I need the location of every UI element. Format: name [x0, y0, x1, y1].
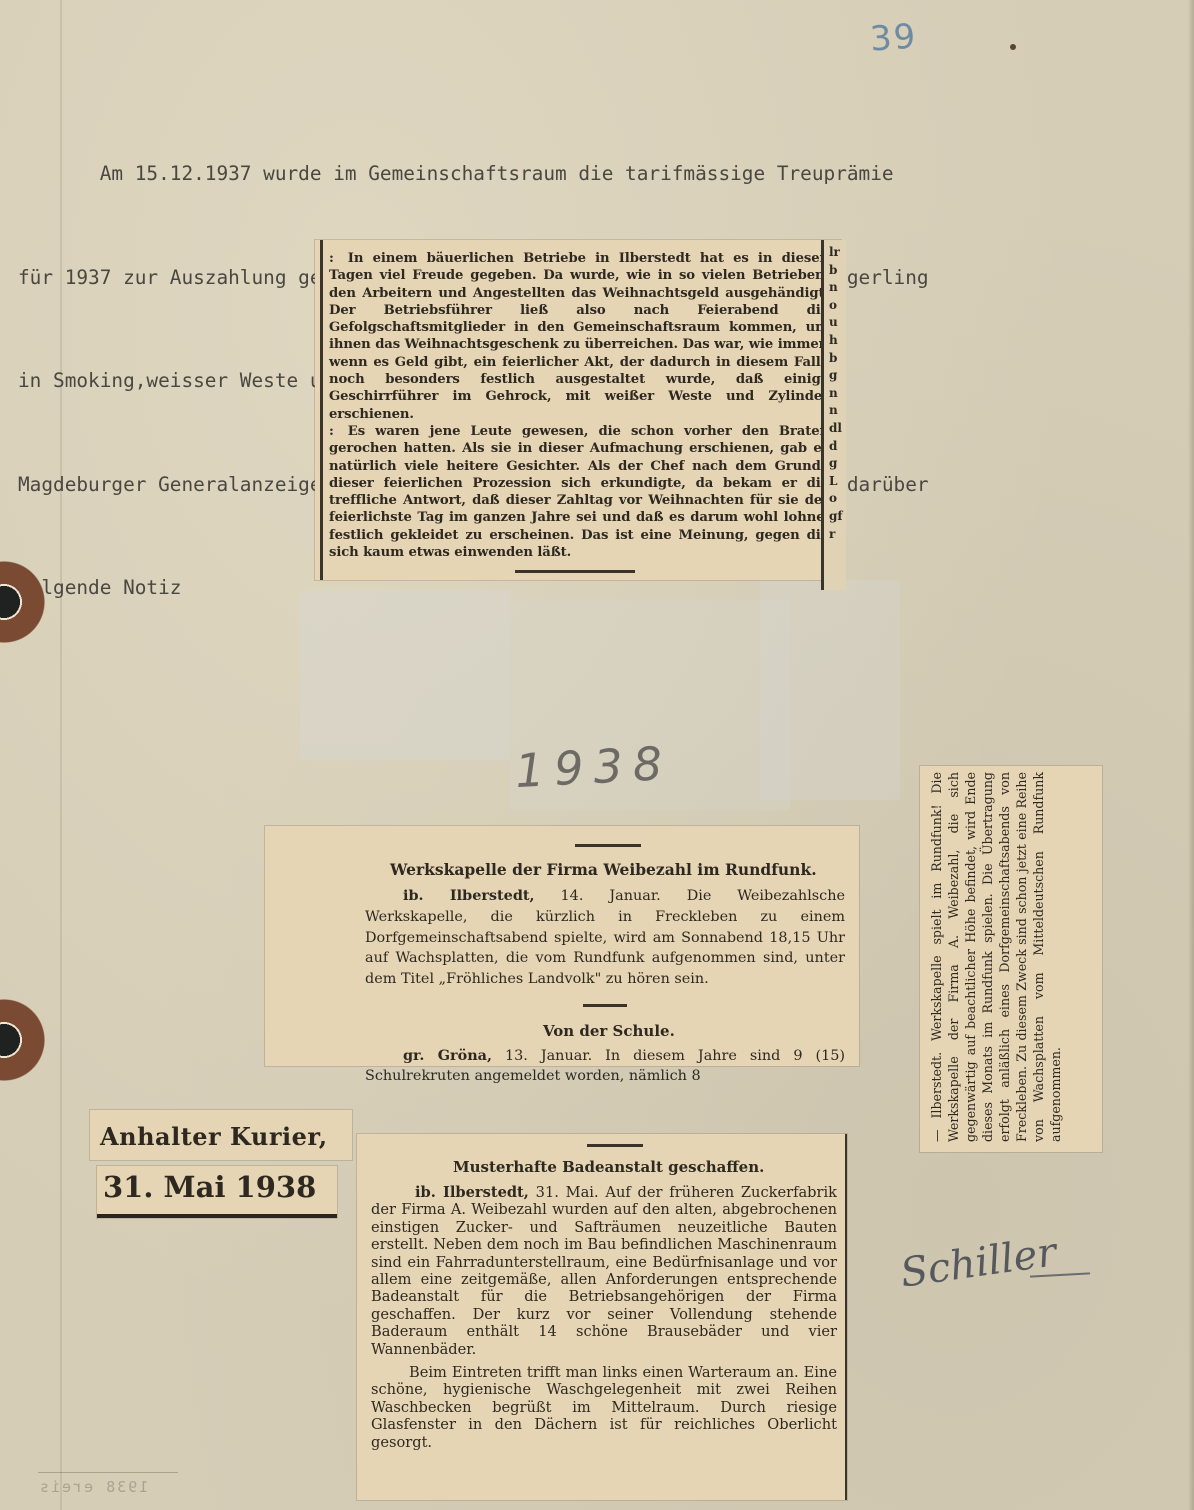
newspaper-name: Anhalter Kurier,: [100, 1122, 328, 1151]
bleed-through-stamp: 1938 ereis: [38, 1478, 148, 1496]
clipping-body: ib. Ilberstedt, 14. Januar. Die Weibezah…: [365, 886, 845, 990]
masthead-paper-name: Anhalter Kurier,: [90, 1110, 352, 1160]
clipping-headline: Musterhafte Badeanstalt geschaffen.: [453, 1158, 764, 1176]
masthead-date: 31. Mai 1938: [97, 1166, 337, 1218]
newspaper-clipping-rotated: — Ilberstedt. Werkskapelle spielt im Run…: [920, 766, 1102, 1152]
ornamental-divider: [515, 570, 635, 573]
column-fragment-letters: lrbnouhbgnndldgLogfr: [829, 244, 843, 543]
rotated-clipping-text: — Ilberstedt. Werkskapelle spielt im Run…: [922, 768, 1102, 1146]
newspaper-clipping-rundfunk: Werkskapelle der Firma Weibezahl im Rund…: [265, 826, 859, 1066]
adjacent-column-strip: lrbnouhbgnndldgLogfr: [821, 240, 846, 590]
typed-line: Am 15.12.1937 wurde im Gemeinschaftsraum…: [18, 157, 1188, 192]
date: 31. Mai.: [536, 1184, 599, 1201]
dateline: ib. Ilberstedt,: [415, 1184, 529, 1201]
section-rule: [583, 1004, 627, 1007]
bleed-through-area: [760, 580, 900, 800]
headline-rule: [575, 844, 641, 847]
headline-rule: [587, 1144, 643, 1147]
ink-dot: [1010, 44, 1016, 50]
newspaper-clipping-badeanstalt: Musterhafte Badeanstalt geschaffen. ib. …: [357, 1134, 847, 1500]
dateline: gr. Gröna,: [403, 1047, 492, 1064]
scrapbook-page: 39 Am 15.12.1937 wurde im Gemeinschaftsr…: [0, 0, 1194, 1510]
column-rule: [320, 240, 323, 580]
page-number: 39: [869, 16, 919, 59]
bleed-through-area: [300, 590, 510, 760]
clipping-body: gr. Gröna, 13. Januar. In diesem Jahre s…: [365, 1046, 845, 1086]
paragraph-marker: :: [329, 251, 334, 266]
binder-hole-grommet: [0, 996, 50, 1084]
newspaper-clipping-1937: :In einem bäuerlichen Betriebe in Ilbers…: [315, 240, 841, 580]
newspaper-date: 31. Mai 1938: [103, 1170, 316, 1204]
handwritten-signature: Schiller: [898, 1229, 1060, 1296]
handwritten-year: 1938: [514, 736, 674, 798]
clipping-paragraph: :Es waren jene Leute gewesen, die schon …: [329, 423, 829, 561]
paragraph-marker: :: [329, 424, 334, 439]
date: 13. Januar.: [505, 1048, 592, 1064]
dateline: ib. Ilberstedt,: [403, 887, 535, 904]
clipping-body: :In einem bäuerlichen Betriebe in Ilbers…: [329, 250, 829, 561]
clipping-headline: Von der Schule.: [543, 1022, 675, 1040]
clipping-body: ib. Ilberstedt, 31. Mai. Auf der frühere…: [371, 1184, 837, 1451]
page-edge-shadow: [1188, 0, 1194, 1510]
clipping-headline: Werkskapelle der Firma Weibezahl im Rund…: [390, 860, 817, 879]
bleed-through-line: [38, 1472, 178, 1473]
clipping-paragraph: :In einem bäuerlichen Betriebe in Ilbers…: [329, 250, 829, 423]
date: 14. Januar.: [561, 888, 661, 904]
